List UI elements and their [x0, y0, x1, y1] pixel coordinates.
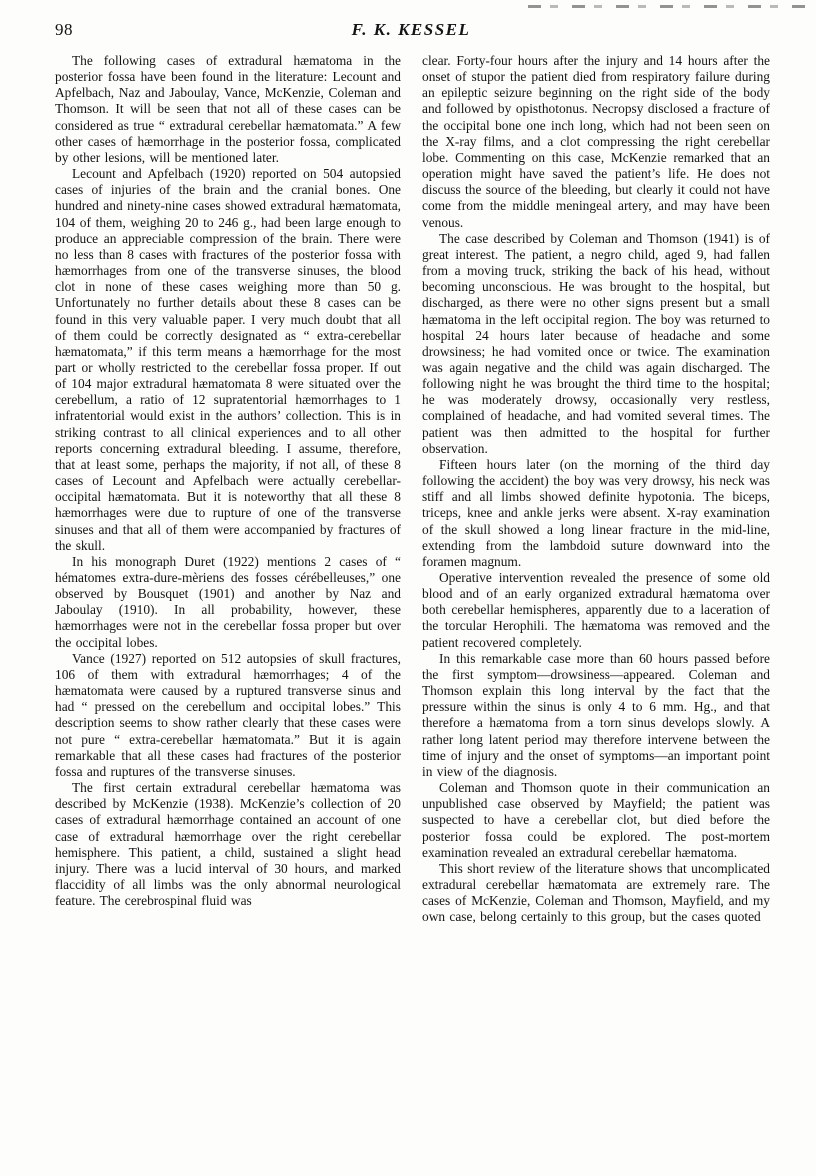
right-column: clear. Forty-four hours after the injury… — [422, 53, 770, 925]
journal-page: 98 F. K. KESSEL The following cases of e… — [0, 0, 816, 1176]
running-header: 98 F. K. KESSEL — [55, 20, 767, 42]
paragraph: The following cases of extradural hæmato… — [55, 53, 401, 166]
paragraph: Coleman and Thomson quote in their commu… — [422, 780, 770, 861]
paragraph: In his monograph Duret (1922) mentions 2… — [55, 554, 401, 651]
paragraph: Fifteen hours later (on the morning of t… — [422, 457, 770, 570]
paragraph: clear. Forty-four hours after the injury… — [422, 53, 770, 231]
paragraph: Lecount and Apfelbach (1920) reported on… — [55, 166, 401, 554]
paragraph: The case described by Coleman and Thomso… — [422, 231, 770, 457]
paragraph: Operative intervention revealed the pres… — [422, 570, 770, 651]
paragraph: Vance (1927) reported on 512 autopsies o… — [55, 651, 401, 780]
scan-artifact-marks — [528, 5, 810, 8]
paragraph: The first certain extradural cerebellar … — [55, 780, 401, 909]
paragraph: In this remarkable case more than 60 hou… — [422, 651, 770, 780]
running-head-author: F. K. KESSEL — [55, 20, 767, 40]
paragraph: This short review of the literature show… — [422, 861, 770, 926]
two-column-body: The following cases of extradural hæmato… — [55, 53, 770, 925]
left-column: The following cases of extradural hæmato… — [55, 53, 401, 925]
